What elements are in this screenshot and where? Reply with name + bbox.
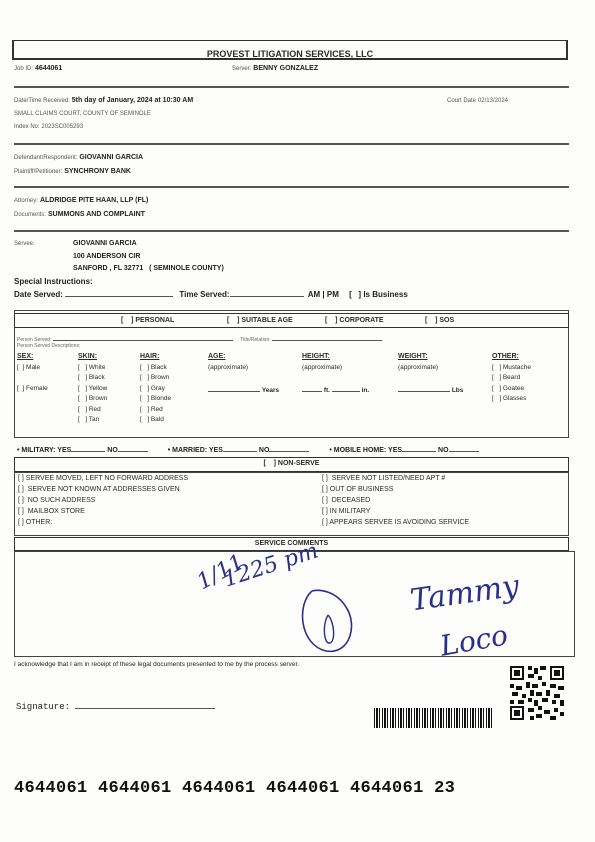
skin-brown[interactable]: [ ] Brown (78, 394, 107, 405)
signature-field[interactable] (75, 701, 215, 709)
hair-blonde[interactable]: [ ] Blonde (140, 394, 171, 405)
other-glasses[interactable]: [ ] Glasses (492, 394, 531, 405)
non-serve-left: [ ] SERVEE MOVED, LEFT NO FORWARD ADDRES… (18, 473, 188, 528)
skin-yellow[interactable]: [ ] Yellow (78, 384, 107, 395)
attorney: Attorney: ALDRIDGE PITE HAAN, LLP (FL) (14, 197, 148, 204)
handwritten-circle-mark (296, 585, 360, 657)
date-served-field[interactable] (65, 289, 173, 297)
person-served-row: Person Served: Title/Relation: (17, 336, 382, 343)
servee-address-2: SANFORD , FL 32771 ( SEMINOLE COUNTY) (73, 265, 224, 272)
married-yes-field[interactable] (223, 444, 257, 452)
height-column: HEIGHT: (approximate) ft. in. (302, 352, 369, 396)
servee-name: GIOVANNI GARCIA (73, 240, 137, 247)
signature-row: Signature: (16, 701, 215, 712)
divider (14, 143, 569, 145)
service-type-bar: [ ] PERSONAL [ ] SUITABLE AGE [ ] CORPOR… (14, 313, 569, 328)
skin-white[interactable]: [ ] White (78, 363, 107, 374)
qr-code-icon (510, 666, 564, 720)
height-in-field[interactable] (332, 384, 360, 392)
skin-black[interactable]: [ ] Black (78, 373, 107, 384)
age-field[interactable] (208, 384, 260, 392)
non-serve-right: [ ] SERVEE NOT LISTED/NEED APT # [ ] OUT… (322, 473, 469, 528)
divider (14, 86, 569, 88)
server: Server: BENNY GONZALEZ (232, 65, 318, 72)
non-serve-avoiding[interactable]: [ ] APPEARS SERVEE IS AVOIDING SERVICE (322, 517, 469, 528)
divider (14, 186, 569, 188)
non-serve-out-of-business[interactable]: [ ] OUT OF BUSINESS (322, 484, 469, 495)
mobile-home-question: • MOBILE HOME: YES (329, 447, 402, 454)
non-serve-not-known[interactable]: [ ] SERVEE NOT KNOWN AT ADDRESSES GIVEN (18, 484, 188, 495)
non-serve-no-address[interactable]: [ ] NO SUCH ADDRESS (18, 495, 188, 506)
servee-label: Servee: (14, 241, 35, 247)
other-column: OTHER: [ ] Mustache [ ] Beard [ ] Goatee… (492, 352, 531, 405)
other-beard[interactable]: [ ] Beard (492, 373, 531, 384)
time-served-field[interactable] (230, 289, 304, 297)
sex-female[interactable]: [ ] Female (17, 384, 48, 395)
date-time-served-row: Date Served: Time Served: AM | PM [ ] Is… (14, 289, 408, 299)
skin-red[interactable]: [ ] Red (78, 405, 107, 416)
military-no-field[interactable] (118, 444, 148, 452)
footer-job-numbers: 4644061 4644061 4644061 4644061 4644061 … (14, 779, 455, 798)
non-serve-military[interactable]: [ ] IN MILITARY (322, 506, 469, 517)
weight-field[interactable] (398, 384, 450, 392)
age-column: AGE: (approximate) Years (208, 352, 279, 396)
military-yes-field[interactable] (71, 444, 105, 452)
descriptions-label: Person Served Descriptions: (17, 343, 80, 349)
weight-column: WEIGHT: (approximate) Lbs (398, 352, 463, 396)
hair-black[interactable]: [ ] Black (140, 363, 171, 374)
is-business-checkbox[interactable]: [ ] Is Business (349, 290, 408, 299)
job-id: Job ID: 4644061 (14, 65, 62, 72)
non-serve-mailbox[interactable]: [ ] MAILBOX STORE (18, 506, 188, 517)
service-type-sos[interactable]: [ ] SOS (425, 317, 454, 324)
barcode (374, 708, 492, 728)
service-type-personal[interactable]: [ ] PERSONAL (121, 317, 174, 324)
header-box: PROVEST LITIGATION SERVICES, LLC (12, 40, 568, 60)
special-instructions: Special Instructions: (14, 277, 93, 286)
title-relation-field[interactable] (272, 336, 382, 341)
mobile-home-yes-field[interactable] (402, 444, 436, 452)
non-serve-not-listed[interactable]: [ ] SERVEE NOT LISTED/NEED APT # (322, 473, 469, 484)
hair-brown[interactable]: [ ] Brown (140, 373, 171, 384)
divider (14, 230, 569, 232)
person-served-field[interactable] (53, 336, 233, 341)
status-row: • MILITARY: YES NO • MARRIED: YES NO • M… (17, 444, 479, 454)
non-serve-checkbox[interactable]: [ ] NON-SERVE (264, 460, 320, 467)
date-received: Date/Time Received: 5th day of January, … (14, 97, 193, 104)
acknowledgement-text: I acknowledge that I am in receipt of th… (14, 660, 344, 669)
hair-red[interactable]: [ ] Red (140, 405, 171, 416)
non-serve-bar: [ ] NON-SERVE (14, 457, 569, 472)
hair-gray[interactable]: [ ] Gray (140, 384, 171, 395)
skin-tan[interactable]: [ ] Tan (78, 415, 107, 426)
am-pm[interactable]: AM | PM (308, 290, 339, 299)
sex-column: SEX: [ ] Male [ ] Female (17, 352, 48, 394)
court-date: Court Date 02/13/2024 (447, 97, 508, 104)
documents: Documents: SUMMONS AND COMPLAINT (14, 211, 145, 218)
other-mustache[interactable]: [ ] Mustache (492, 363, 531, 374)
non-serve-deceased[interactable]: [ ] DECEASED (322, 495, 469, 506)
sex-male[interactable]: [ ] Male (17, 363, 48, 374)
skin-column: SKIN: [ ] White [ ] Black [ ] Yellow [ ]… (78, 352, 107, 426)
other-goatee[interactable]: [ ] Goatee (492, 384, 531, 395)
mobile-home-no-field[interactable] (449, 444, 479, 452)
company-name: PROVEST LITIGATION SERVICES, LLC (14, 49, 566, 59)
hair-bald[interactable]: [ ] Bald (140, 415, 171, 426)
plaintiff: Plaintiff/Petitioner: SYNCHRONY BANK (14, 168, 131, 175)
height-ft-field[interactable] (302, 384, 322, 392)
non-serve-other[interactable]: [ ] OTHER: (18, 517, 188, 528)
defendant: Defendant/Respondent: GIOVANNI GARCIA (14, 154, 143, 161)
married-question: • MARRIED: YES (168, 447, 223, 454)
married-no-field[interactable] (269, 444, 309, 452)
index-number: Index No: 2023SC005293 (14, 124, 83, 130)
non-serve-moved[interactable]: [ ] SERVEE MOVED, LEFT NO FORWARD ADDRES… (18, 473, 188, 484)
military-question: • MILITARY: YES (17, 447, 71, 454)
court-name: SMALL CLAIMS COURT, COUNTY OF SEMINOLE (14, 111, 151, 117)
service-type-suitable-age[interactable]: [ ] SUITABLE AGE (227, 317, 293, 324)
service-type-corporate[interactable]: [ ] CORPORATE (325, 317, 384, 324)
servee-address-1: 100 ANDERSON CIR (73, 253, 140, 260)
hair-column: HAIR: [ ] Black [ ] Brown [ ] Gray [ ] B… (140, 352, 171, 426)
